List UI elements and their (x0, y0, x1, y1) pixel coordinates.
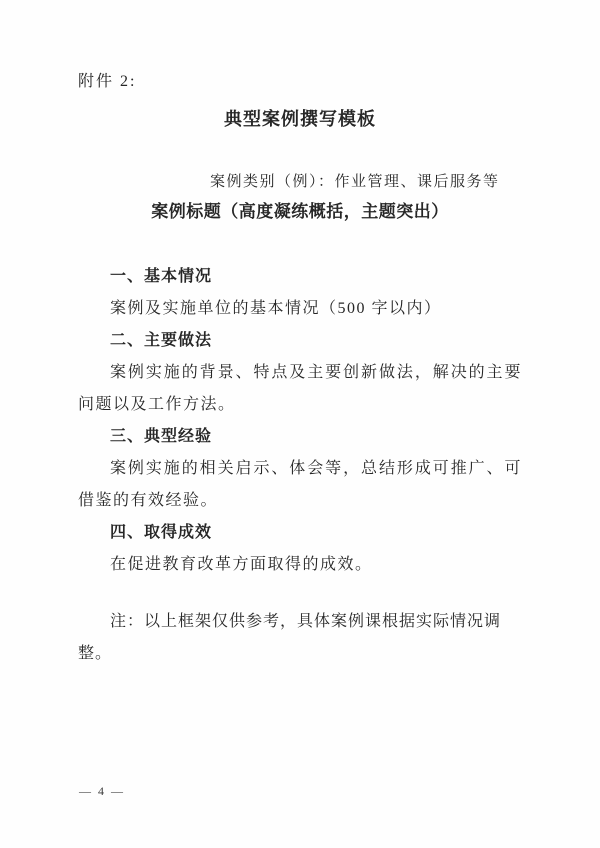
note-line: 注：以上框架仅供参考，具体案例课根据实际情况调整。 (78, 606, 522, 670)
document-content: 附件 2: 典型案例撰写模板 案例类别（例）：作业管理、课后服务等 案例标题（高… (0, 0, 600, 670)
case-title-line: 案例标题（高度凝练概括，主题突出） (78, 197, 522, 227)
section-list: 一、基本情况 案例及实施单位的基本情况（500 字以内） 二、主要做法 案例实施… (78, 261, 522, 581)
page-number: — 4 — (62, 784, 142, 799)
section-basic-situation: 一、基本情况 案例及实施单位的基本情况（500 字以内） (78, 261, 522, 325)
section-body: 案例实施的背景、特点及主要创新做法，解决的主要问题以及工作方法。 (78, 357, 522, 421)
section-typical-experience: 三、典型经验 案例实施的相关启示、体会等，总结形成可推广、可借鉴的有效经验。 (78, 421, 522, 517)
document-page: 附件 2: 典型案例撰写模板 案例类别（例）：作业管理、课后服务等 案例标题（高… (0, 0, 600, 848)
section-body: 案例实施的相关启示、体会等，总结形成可推广、可借鉴的有效经验。 (78, 453, 522, 517)
section-achievements: 四、取得成效 在促进教育改革方面取得的成效。 (78, 517, 522, 581)
section-heading: 一、基本情况 (78, 261, 522, 293)
document-title: 典型案例撰写模板 (78, 101, 522, 137)
section-heading: 四、取得成效 (78, 517, 522, 549)
section-body: 案例及实施单位的基本情况（500 字以内） (78, 293, 522, 325)
section-heading: 三、典型经验 (78, 421, 522, 453)
attachment-label: 附件 2: (78, 66, 522, 98)
section-body: 在促进教育改革方面取得的成效。 (78, 549, 522, 581)
section-main-practices: 二、主要做法 案例实施的背景、特点及主要创新做法，解决的主要问题以及工作方法。 (78, 325, 522, 421)
section-heading: 二、主要做法 (78, 325, 522, 357)
case-category-line: 案例类别（例）：作业管理、课后服务等 (210, 167, 522, 197)
